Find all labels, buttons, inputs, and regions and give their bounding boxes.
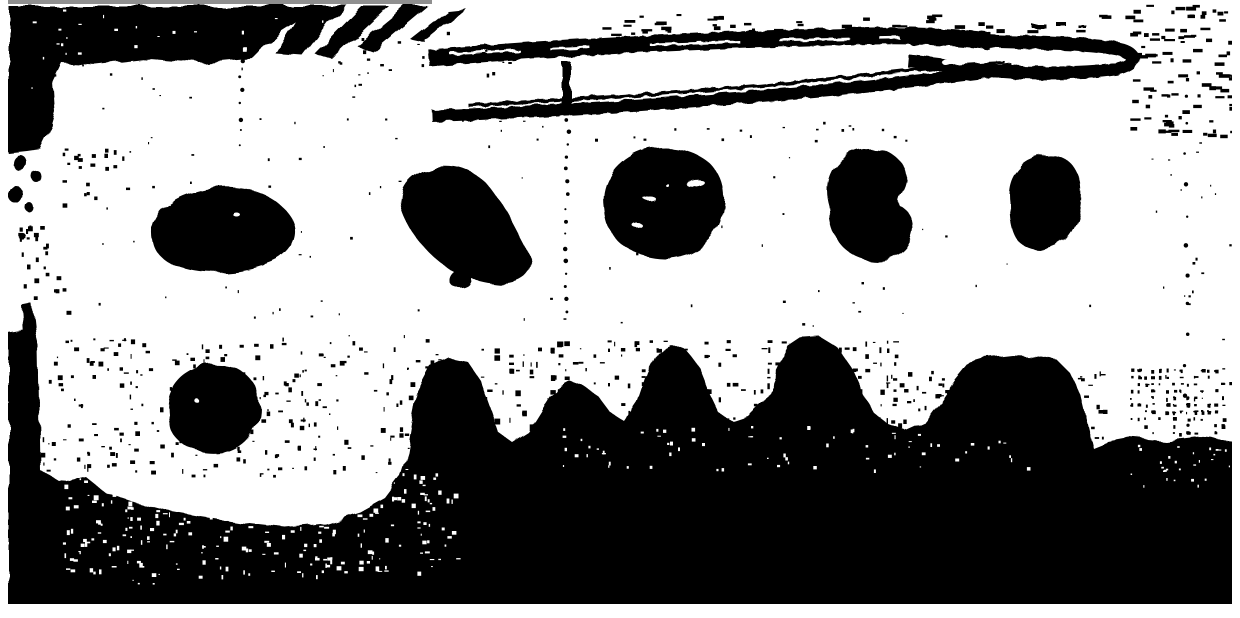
binarized-photo-figure <box>0 0 1240 618</box>
specimen-blob-3 <box>604 147 725 258</box>
top-edge-gray-line <box>8 0 432 4</box>
crease-line <box>562 62 571 110</box>
photo-canvas <box>0 0 1240 618</box>
